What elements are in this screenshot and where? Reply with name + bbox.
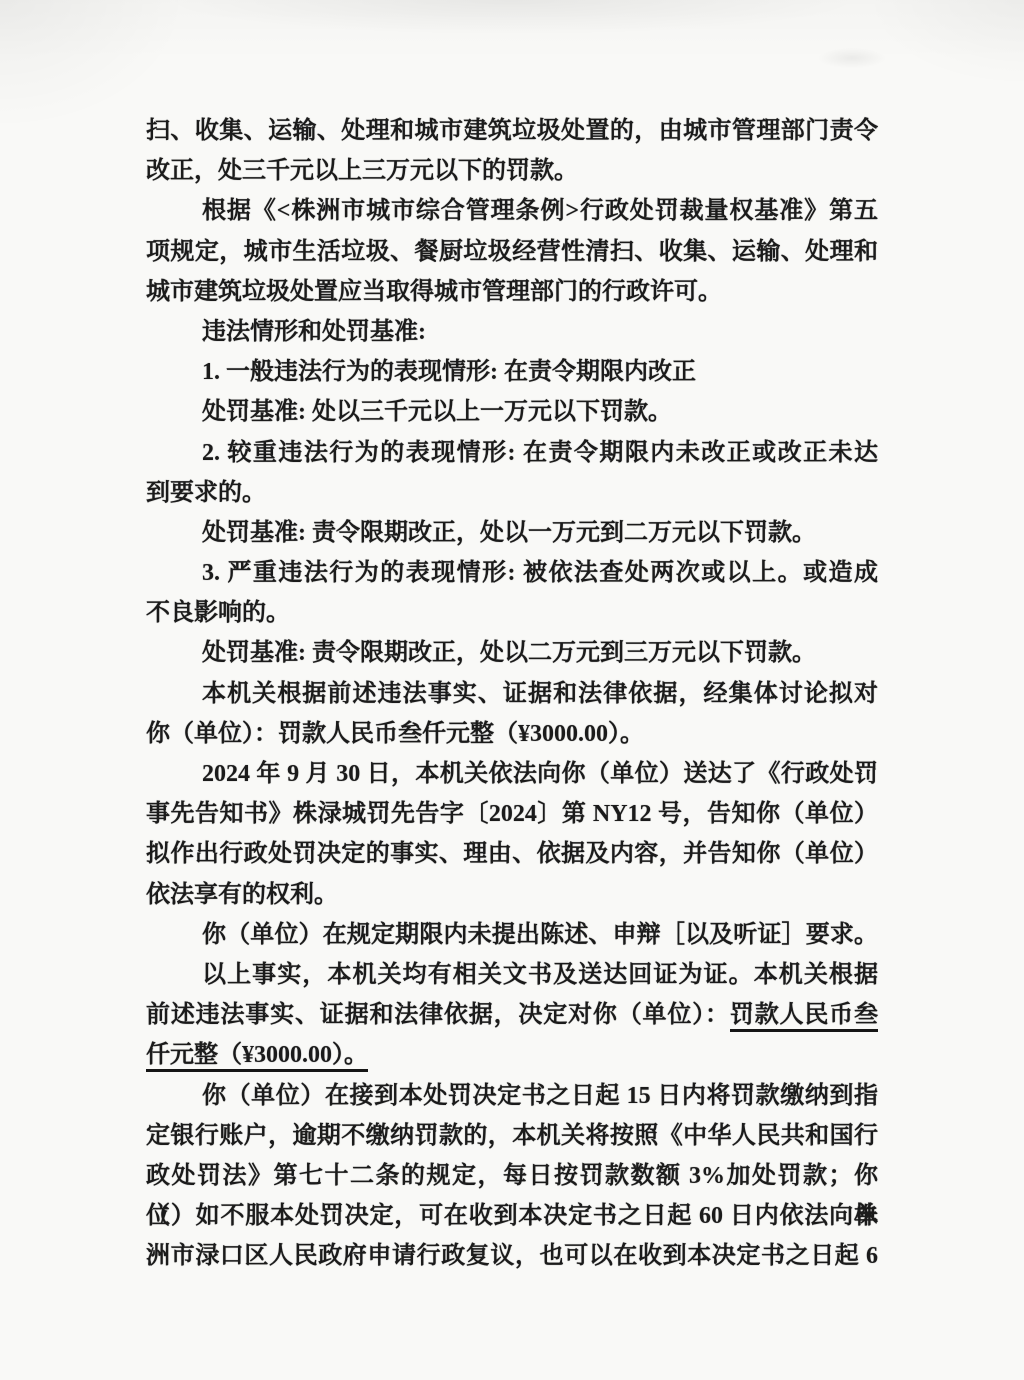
document-line: 你（单位）：罚款人民币叁仟元整（¥3000.00）。 <box>146 714 878 754</box>
document-text-segment: 3. 严重违法行为的表现情形: 被依法查处两次或以上。或造成 <box>202 560 878 586</box>
penalty-amount-underlined-text: 仟元整（¥3000.00）。 <box>146 1042 368 1072</box>
document-text-segment: 1. 一般违法行为的表现情形: 在责令期限内改正 <box>202 359 696 385</box>
document-text-segment: 根据《<株洲市城市综合管理条例>行政处罚裁量权基准》第五 <box>202 198 878 224</box>
document-line: 根据《<株洲市城市综合管理条例>行政处罚裁量权基准》第五 <box>146 191 878 231</box>
document-text-segment: 拟作出行政处罚决定的事实、理由、依据及内容，并告知你（单位） <box>146 841 878 867</box>
document-text-segment: 你（单位）在接到本处罚决定书之日起 15 日内将罚款缴纳到指 <box>202 1083 878 1109</box>
document-line: 拟作出行政处罚决定的事实、理由、依据及内容，并告知你（单位） <box>146 834 878 874</box>
document-text-segment: 项规定，城市生活垃圾、餐厨垃圾经营性清扫、收集、运输、处理和 <box>146 239 878 265</box>
document-text-segment: 处罚基准: 处以三千元以上一万元以下罚款。 <box>202 399 672 425</box>
document-line: 本机关根据前述违法事实、证据和法律依据，经集体讨论拟对 <box>146 674 878 714</box>
document-line: 政处罚法》第七十二条的规定，每日按罚款数额 3%加处罚款；你（单 <box>146 1156 878 1196</box>
document-text-segment: 位）如不服本处罚决定，可在收到本决定书之日起 60 日内依法向株 <box>146 1203 878 1229</box>
document-line: 定银行账户，逾期不缴纳罚款的，本机关将按照《中华人民共和国行 <box>146 1116 878 1156</box>
document-line: 3. 严重违法行为的表现情形: 被依法查处两次或以上。或造成 <box>146 553 878 593</box>
document-text-segment: 城市建筑垃圾处置应当取得城市管理部门的行政许可。 <box>146 279 722 305</box>
document-line: 扫、收集、运输、处理和城市建筑垃圾处置的，由城市管理部门责令 <box>146 111 878 151</box>
document-text-segment: 本机关根据前述违法事实、证据和法律依据，经集体讨论拟对 <box>202 681 878 707</box>
document-line: 事先告知书》株渌城罚先告字〔2024〕第 NY12 号，告知你（单位） <box>146 794 878 834</box>
document-text-block: 扫、收集、运输、处理和城市建筑垃圾处置的，由城市管理部门责令改正，处三千元以上三… <box>146 111 878 1276</box>
document-line: 处罚基准: 处以三千元以上一万元以下罚款。 <box>146 392 878 432</box>
document-line: 2. 较重违法行为的表现情形: 在责令期限内未改正或改正未达 <box>146 433 878 473</box>
document-text-segment: 你（单位）在规定期限内未提出陈述、申辩［以及听证］要求。 <box>202 922 878 948</box>
document-line: 处罚基准: 责令限期改正，处以二万元到三万元以下罚款。 <box>146 633 878 673</box>
document-text-segment: 违法情形和处罚基准: <box>202 319 426 345</box>
document-text-segment: 处罚基准: 责令限期改正，处以一万元到二万元以下罚款。 <box>202 520 816 546</box>
document-line: 2024 年 9 月 30 日，本机关依法向你（单位）送达了《行政处罚 <box>146 754 878 794</box>
document-text-segment: 不良影响的。 <box>146 600 290 626</box>
document-text-segment: 扫、收集、运输、处理和城市建筑垃圾处置的，由城市管理部门责令 <box>146 118 878 144</box>
document-line: 1. 一般违法行为的表现情形: 在责令期限内改正 <box>146 352 878 392</box>
document-text-segment: 依法享有的权利。 <box>146 882 338 908</box>
document-text-segment: 洲市渌口区人民政府申请行政复议，也可以在收到本决定书之日起 6 <box>146 1243 878 1269</box>
document-text-segment: 处罚基准: 责令限期改正，处以二万元到三万元以下罚款。 <box>202 640 816 666</box>
document-text-segment: 你（单位）：罚款人民币叁仟元整（¥3000.00）。 <box>146 721 644 747</box>
document-line: 到要求的。 <box>146 473 878 513</box>
document-text-segment: 2024 年 9 月 30 日，本机关依法向你（单位）送达了《行政处罚 <box>202 761 878 787</box>
document-line: 以上事实，本机关均有相关文书及送达回证为证。本机关根据 <box>146 955 878 995</box>
document-line: 改正，处三千元以上三万元以下的罚款。 <box>146 151 878 191</box>
document-text-segment: 2. 较重违法行为的表现情形: 在责令期限内未改正或改正未达 <box>202 440 878 466</box>
document-line: 城市建筑垃圾处置应当取得城市管理部门的行政许可。 <box>146 272 878 312</box>
document-line: 洲市渌口区人民政府申请行政复议，也可以在收到本决定书之日起 6 <box>146 1236 878 1276</box>
document-page: 扫、收集、运输、处理和城市建筑垃圾处置的，由城市管理部门责令改正，处三千元以上三… <box>0 0 1024 1380</box>
document-text-segment: 前述违法事实、证据和法律依据，决定对你（单位）： <box>146 1002 730 1028</box>
document-line: 处罚基准: 责令限期改正，处以一万元到二万元以下罚款。 <box>146 513 878 553</box>
penalty-amount-underlined-text: 罚款人民币叁 <box>730 1002 878 1032</box>
document-text-segment: 以上事实，本机关均有相关文书及送达回证为证。本机关根据 <box>202 962 878 988</box>
document-text-segment: 到要求的。 <box>146 480 266 506</box>
document-line: 不良影响的。 <box>146 593 878 633</box>
document-line: 你（单位）在规定期限内未提出陈述、申辩［以及听证］要求。 <box>146 915 878 955</box>
document-line: 前述违法事实、证据和法律依据，决定对你（单位）：罚款人民币叁 <box>146 995 878 1035</box>
document-line: 违法情形和处罚基准: <box>146 312 878 352</box>
document-text-segment: 事先告知书》株渌城罚先告字〔2024〕第 NY12 号，告知你（单位） <box>146 801 878 827</box>
document-line: 项规定，城市生活垃圾、餐厨垃圾经营性清扫、收集、运输、处理和 <box>146 232 878 272</box>
document-text-segment: 改正，处三千元以上三万元以下的罚款。 <box>146 158 578 184</box>
document-text-segment: 定银行账户，逾期不缴纳罚款的，本机关将按照《中华人民共和国行 <box>146 1123 878 1149</box>
document-line: 仟元整（¥3000.00）。 <box>146 1035 878 1075</box>
document-line: 你（单位）在接到本处罚决定书之日起 15 日内将罚款缴纳到指 <box>146 1076 878 1116</box>
document-line: 位）如不服本处罚决定，可在收到本决定书之日起 60 日内依法向株 <box>146 1196 878 1236</box>
document-line: 依法享有的权利。 <box>146 875 878 915</box>
